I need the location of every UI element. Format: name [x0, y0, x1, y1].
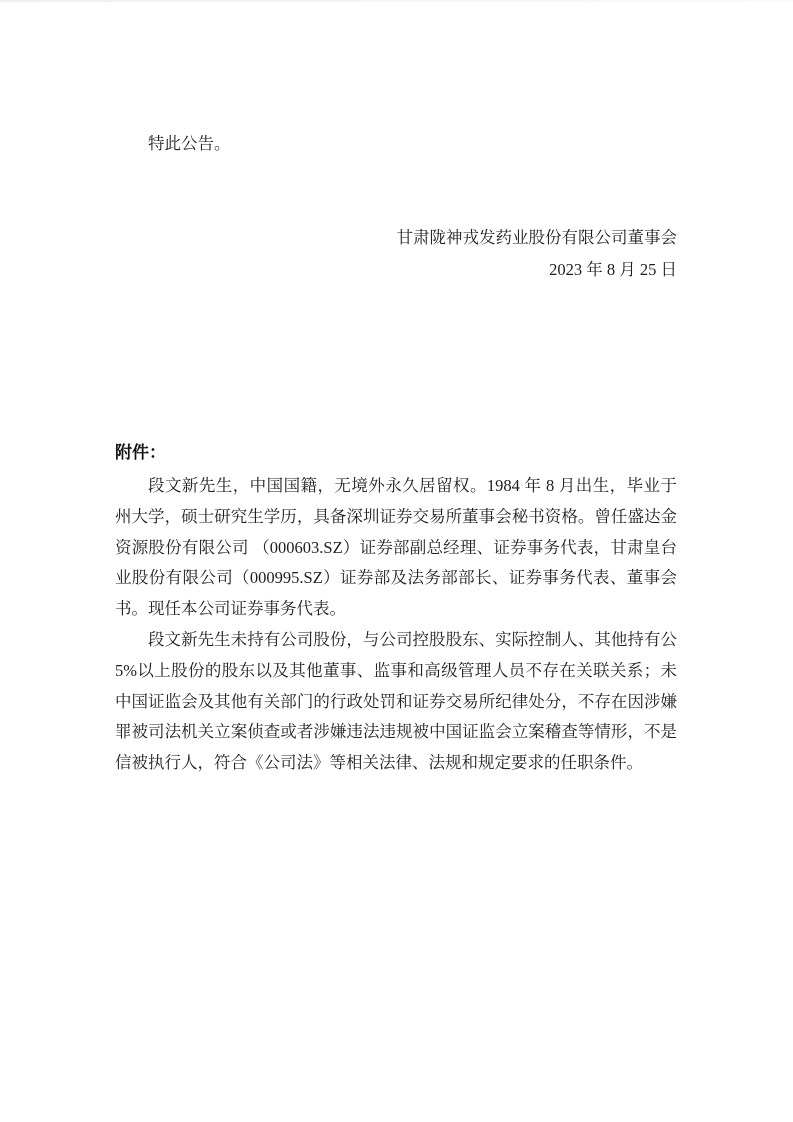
- bio-line: 段文新先生，中国国籍，无境外永久居留权。1984 年 8 月出生，毕业于兰: [115, 471, 677, 502]
- signature-company: 甘肃陇神戎发药业股份有限公司董事会: [115, 222, 677, 254]
- attachment-body: 段文新先生，中国国籍，无境外永久居留权。1984 年 8 月出生，毕业于兰 州大…: [115, 471, 677, 779]
- compliance-line: 段文新先生未持有公司股份，与公司控股股东、实际控制人、其他持有公司: [115, 625, 677, 656]
- compliance-line: 罪被司法机关立案侦查或者涉嫌违法违规被中国证监会立案稽查等情形，不是失: [115, 717, 677, 748]
- bio-line: 州大学，硕士研究生学历，具备深圳证券交易所董事会秘书资格。曾任盛达金属: [115, 502, 677, 533]
- bio-line: 书。现任本公司证券事务代表。: [115, 594, 677, 625]
- signature-date: 2023 年 8 月 25 日: [115, 254, 677, 286]
- announcement-page: 特此公告。 甘肃陇神戎发药业股份有限公司董事会 2023 年 8 月 25 日 …: [0, 0, 793, 1122]
- scan-edge-artifact: [0, 0, 793, 2]
- compliance-line: 中国证监会及其他有关部门的行政处罚和证券交易所纪律处分，不存在因涉嫌犯: [115, 687, 677, 718]
- compliance-line: 信被执行人，符合《公司法》等相关法律、法规和规定要求的任职条件。: [115, 748, 677, 779]
- closing-statement: 特此公告。: [115, 128, 677, 159]
- signature-block: 甘肃陇神戎发药业股份有限公司董事会 2023 年 8 月 25 日: [115, 222, 677, 286]
- bio-paragraph: 段文新先生，中国国籍，无境外永久居留权。1984 年 8 月出生，毕业于兰 州大…: [115, 471, 677, 625]
- bio-line: 业股份有限公司（000995.SZ）证券部及法务部部长、证券事务代表、董事会秘: [115, 563, 677, 594]
- compliance-paragraph: 段文新先生未持有公司股份，与公司控股股东、实际控制人、其他持有公司 5%以上股份…: [115, 625, 677, 779]
- compliance-line: 5%以上股份的股东以及其他董事、监事和高级管理人员不存在关联关系；未受过: [115, 656, 677, 687]
- attachment-heading: 附件：: [115, 437, 677, 468]
- bio-line: 资源股份有限公司 （000603.SZ）证券部副总经理、证券事务代表，甘肃皇台酒: [115, 533, 677, 564]
